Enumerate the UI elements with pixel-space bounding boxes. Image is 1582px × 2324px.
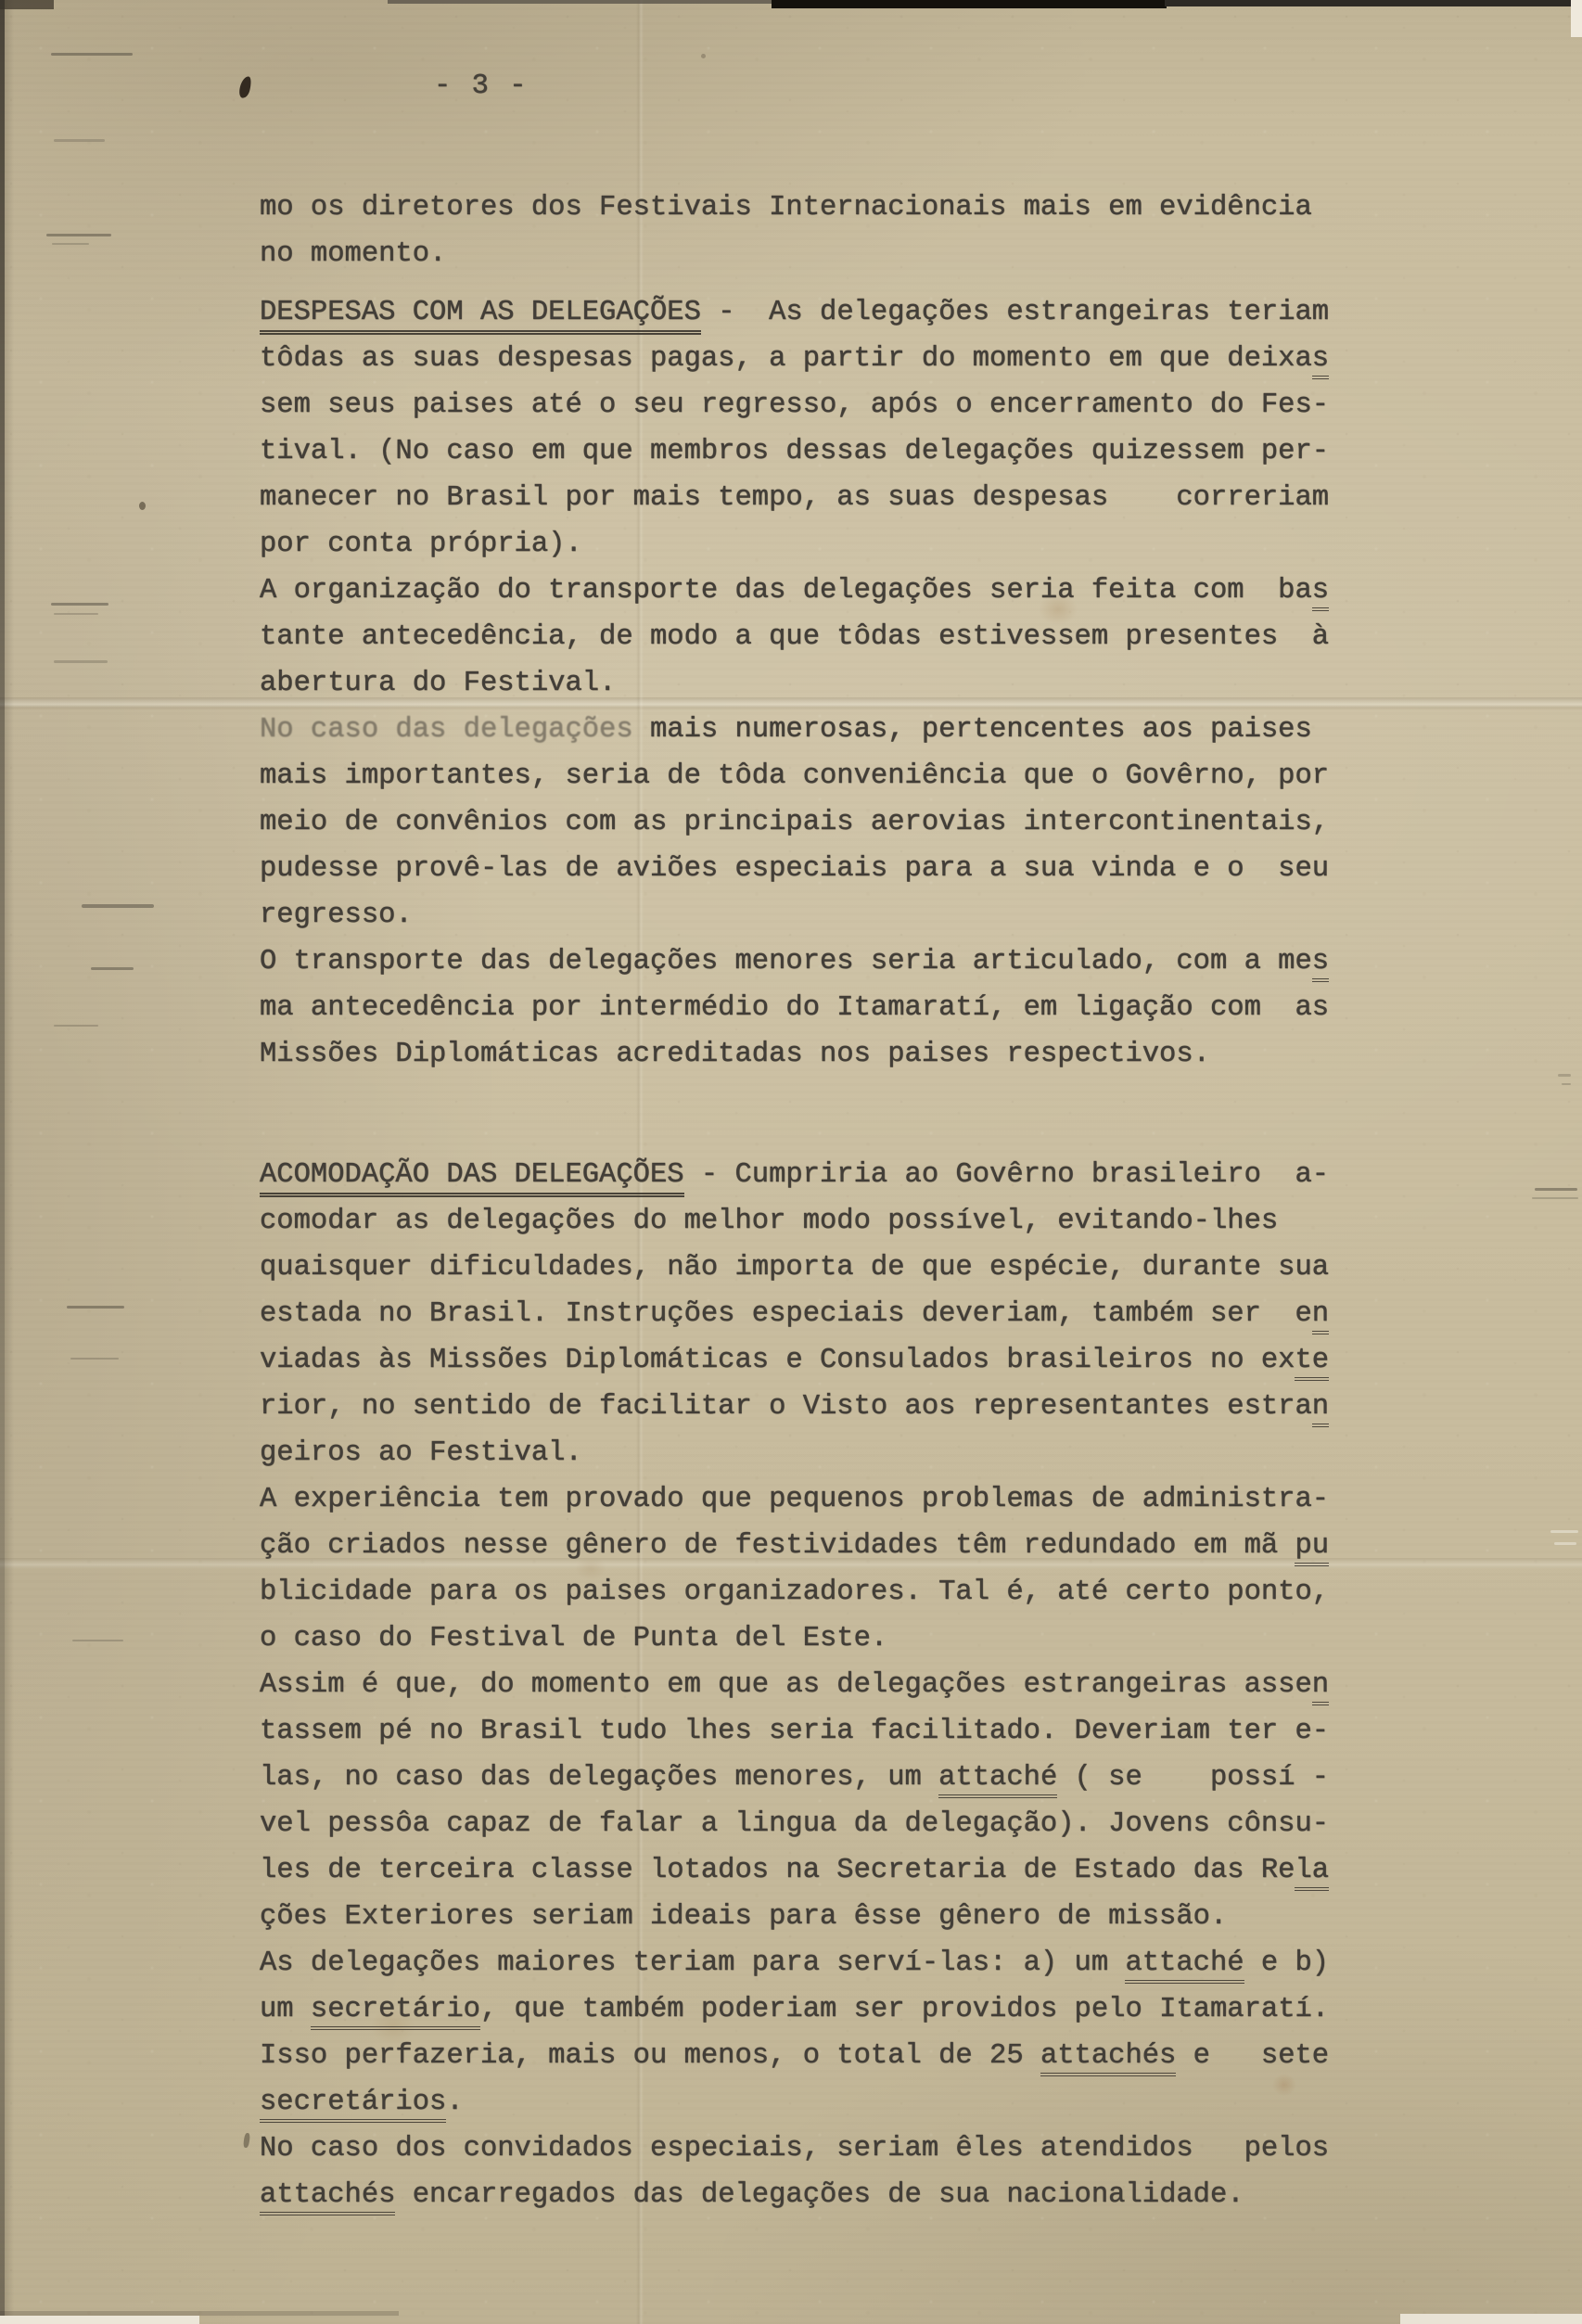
text-segment: No caso das delegações [260,714,633,746]
margin-mark-right [1562,1083,1571,1085]
text-segment: As delegações maiores teriam para serví-… [260,1947,1125,1979]
text-line: rior, no sentido de facilitar o Visto ao… [260,1389,1372,1436]
margin-mark [51,603,108,606]
text-segment: um [260,1994,311,2025]
text-line: tival. (No caso em que membros dessas de… [260,434,1372,480]
text-segment: tival. (No caso em que membros dessas de… [260,436,1329,467]
text-line: As delegações maiores teriam para serví-… [260,1946,1372,1992]
margin-mark [54,139,105,142]
text-line: Assim é que, do momento em que as delega… [260,1667,1372,1714]
text-line: viadas às Missões Diplomáticas e Consula… [260,1343,1372,1389]
margin-mark [72,1640,123,1641]
text-line: tassem pé no Brasil tudo lhes seria faci… [260,1714,1372,1760]
text-segment: ção criados nesse gênero de festividades… [260,1530,1295,1562]
text-segment: manecer no Brasil por mais tempo, as sua… [260,482,1329,514]
text-line: pudesse provê-las de aviões especiais pa… [260,851,1372,898]
text-segment: Isso perfazeria, mais ou menos, o total … [260,2040,1040,2072]
text-line: comodar as delegações do melhor modo pos… [260,1204,1372,1250]
text-segment: vel pessôa capaz de falar a lingua da de… [260,1808,1329,1840]
bottom-right-white-edge [1400,2314,1582,2324]
text-line: O transporte das delegações menores seri… [260,944,1372,990]
text-segment: comodar as delegações do melhor modo pos… [260,1206,1278,1237]
text-segment: o caso do Festival de Punta del Este. [260,1623,887,1654]
text-segment: meio de convênios com as principais aero… [260,807,1329,838]
scanned-document-page: { "document": { "page_number": "- 3 -", … [0,0,1582,2324]
text-segment: regresso. [260,900,413,931]
text-line: las, no caso das delegações menores, um … [260,1760,1372,1807]
text-line: meio de convênios com as principais aero… [260,805,1372,851]
text-segment: la [1295,1855,1329,1891]
text-segment: n [1312,1669,1329,1705]
top-edge-bar-dark [1165,0,1582,6]
text-line: vel pessôa capaz de falar a lingua da de… [260,1807,1372,1853]
text-line: secretários. [260,2085,1372,2131]
text-segment: tante antecedência, de modo a que tôdas … [260,621,1329,653]
text-segment: les de terceira classe lotados na Secret… [260,1855,1295,1886]
text-line: ma antecedência por intermédio do Itamar… [260,990,1372,1037]
text-segment: - Cumpriria ao Govêrno brasileiro a- [684,1159,1330,1191]
text-segment: s [1312,575,1329,611]
text-line: tôdas as suas despesas pagas, a partir d… [260,341,1372,388]
ink-speck [139,502,146,510]
bottom-edge-shadow [0,2311,399,2316]
text-segment: encarregados das delegações de sua nacio… [395,2179,1244,2211]
text-segment: attaché [938,1762,1057,1798]
text-line: mo os diretores dos Festivais Internacio… [260,190,1372,236]
text-line: A organização do transporte das delegaçõ… [260,573,1372,619]
margin-mark [54,1025,98,1027]
text-segment: pu [1295,1530,1329,1566]
text-line: mais importantes, seria de tôda conveniê… [260,759,1372,805]
top-edge-bar-thin [388,0,773,4]
text-line: o caso do Festival de Punta del Este. [260,1621,1372,1667]
text-line: Isso perfazeria, mais ou menos, o total … [260,2038,1372,2085]
text-segment: blicidade para os paises organizadores. … [260,1577,1329,1608]
text-segment: estada no Brasil. Instruções especiais d… [260,1298,1312,1330]
text-segment: n [1312,1391,1329,1427]
text-segment: te [1295,1345,1329,1381]
text-segment: ( se possí - [1057,1762,1329,1794]
text-line: tante antecedência, de modo a que tôdas … [260,619,1372,666]
text-segment: Missões Diplomáticas acreditadas nos pai… [260,1039,1210,1070]
text-segment: e sete [1176,2040,1329,2072]
margin-mark [54,613,98,615]
text-segment: - As delegações estrangeiras teriam [701,297,1329,328]
margin-mark-right [1532,1197,1578,1199]
text-segment: attaché [1125,1947,1244,1984]
typewritten-text-block: mo os diretores dos Festivais Internacio… [260,190,1372,2224]
margin-mark [67,1306,124,1309]
text-segment: secretário [311,1994,480,2030]
text-line: DESPESAS COM AS DELEGAÇÕES - As delegaçõ… [260,295,1372,341]
text-segment: tassem pé no Brasil tudo lhes seria faci… [260,1716,1329,1747]
text-segment: . [446,2087,463,2118]
text-segment: A organização do transporte das delegaçõ… [260,575,1312,607]
text-line: les de terceira classe lotados na Secret… [260,1853,1372,1899]
section-heading: DESPESAS COM AS DELEGAÇÕES [260,297,701,335]
margin-mark [70,1358,119,1360]
text-segment: s [1312,343,1329,379]
margin-mark-right [1535,1188,1577,1191]
margin-mark [91,967,134,970]
text-line: ACOMODAÇÃO DAS DELEGAÇÕES - Cumpriria ao… [260,1157,1372,1204]
text-segment: e b) [1244,1947,1330,1979]
text-line: um secretário, que também poderiam ser p… [260,1992,1372,2038]
text-segment: attachés [1040,2040,1176,2076]
text-segment: sem seus paises até o seu regresso, após… [260,389,1329,421]
text-segment: pudesse provê-las de aviões especiais pa… [260,853,1329,885]
text-line: No caso dos convidados especiais, seriam… [260,2131,1372,2177]
text-line: sem seus paises até o seu regresso, após… [260,388,1372,434]
margin-mark [54,660,108,663]
text-line: blicidade para os paises organizadores. … [260,1575,1372,1621]
margin-mark-right [1558,1074,1571,1077]
text-line: ção criados nesse gênero de festividades… [260,1528,1372,1575]
text-segment: rior, no sentido de facilitar o Visto ao… [260,1391,1312,1423]
text-segment: No caso dos convidados especiais, seriam… [260,2133,1329,2164]
left-edge-soft-shadow [5,0,14,2324]
text-segment: ções Exteriores seriam ideais para êsse … [260,1901,1227,1933]
text-segment: s [1312,946,1329,982]
text-segment: tôdas as suas despesas pagas, a partir d… [260,343,1312,375]
margin-mark [51,53,133,56]
text-line: por conta própria). [260,527,1372,573]
text-line: attachés encarregados das delegações de … [260,2177,1372,2224]
text-segment: O transporte das delegações menores seri… [260,946,1312,977]
text-segment: , que também poderiam ser providos pelo … [480,1994,1329,2025]
text-line: quaisquer dificuldades, não importa de q… [260,1250,1372,1296]
top-edge-bar-black [772,0,1167,8]
text-line: no momento. [260,236,1372,283]
text-line: A experiência tem provado que pequenos p… [260,1482,1372,1528]
text-segment: geiros ao Festival. [260,1437,582,1469]
text-segment: viadas às Missões Diplomáticas e Consula… [260,1345,1295,1376]
text-line: estada no Brasil. Instruções especiais d… [260,1296,1372,1343]
text-line: regresso. [260,898,1372,944]
text-segment: mo os diretores dos Festivais Internacio… [260,192,1312,223]
text-segment: mais importantes, seria de tôda conveniê… [260,760,1329,792]
margin-mark [82,904,154,908]
text-segment: abertura do Festival. [260,668,616,699]
text-segment: secretários [260,2087,446,2123]
text-segment: no momento. [260,238,446,270]
margin-mark-right [1550,1530,1578,1533]
bottom-left-white-edge [0,2316,199,2324]
text-line: Missões Diplomáticas acreditadas nos pai… [260,1037,1372,1083]
text-line: abertura do Festival. [260,666,1372,712]
text-line: No caso das delegações mais numerosas, p… [260,712,1372,759]
text-segment: attachés [260,2179,395,2215]
margin-mark [46,234,111,236]
text-segment: ma antecedência por intermédio do Itamar… [260,992,1329,1024]
section-heading: ACOMODAÇÃO DAS DELEGAÇÕES [260,1159,684,1197]
text-segment: n [1312,1298,1329,1334]
margin-mark [52,243,89,245]
text-segment: A experiência tem provado que pequenos p… [260,1484,1329,1515]
right-top-white-edge [1571,0,1582,37]
text-line: manecer no Brasil por mais tempo, as sua… [260,480,1372,527]
text-segment: por conta própria). [260,529,582,560]
margin-mark-right [1554,1542,1576,1545]
text-segment: las, no caso das delegações menores, um [260,1762,938,1794]
text-segment: quaisquer dificuldades, não importa de q… [260,1252,1329,1283]
page-number: - 3 - [434,70,529,102]
text-line: geiros ao Festival. [260,1436,1372,1482]
text-line: ções Exteriores seriam ideais para êsse … [260,1899,1372,1946]
ink-speck [701,54,706,58]
text-segment: Assim é que, do momento em que as delega… [260,1669,1312,1701]
text-segment: mais numerosas, pertencentes aos paises [633,714,1312,746]
